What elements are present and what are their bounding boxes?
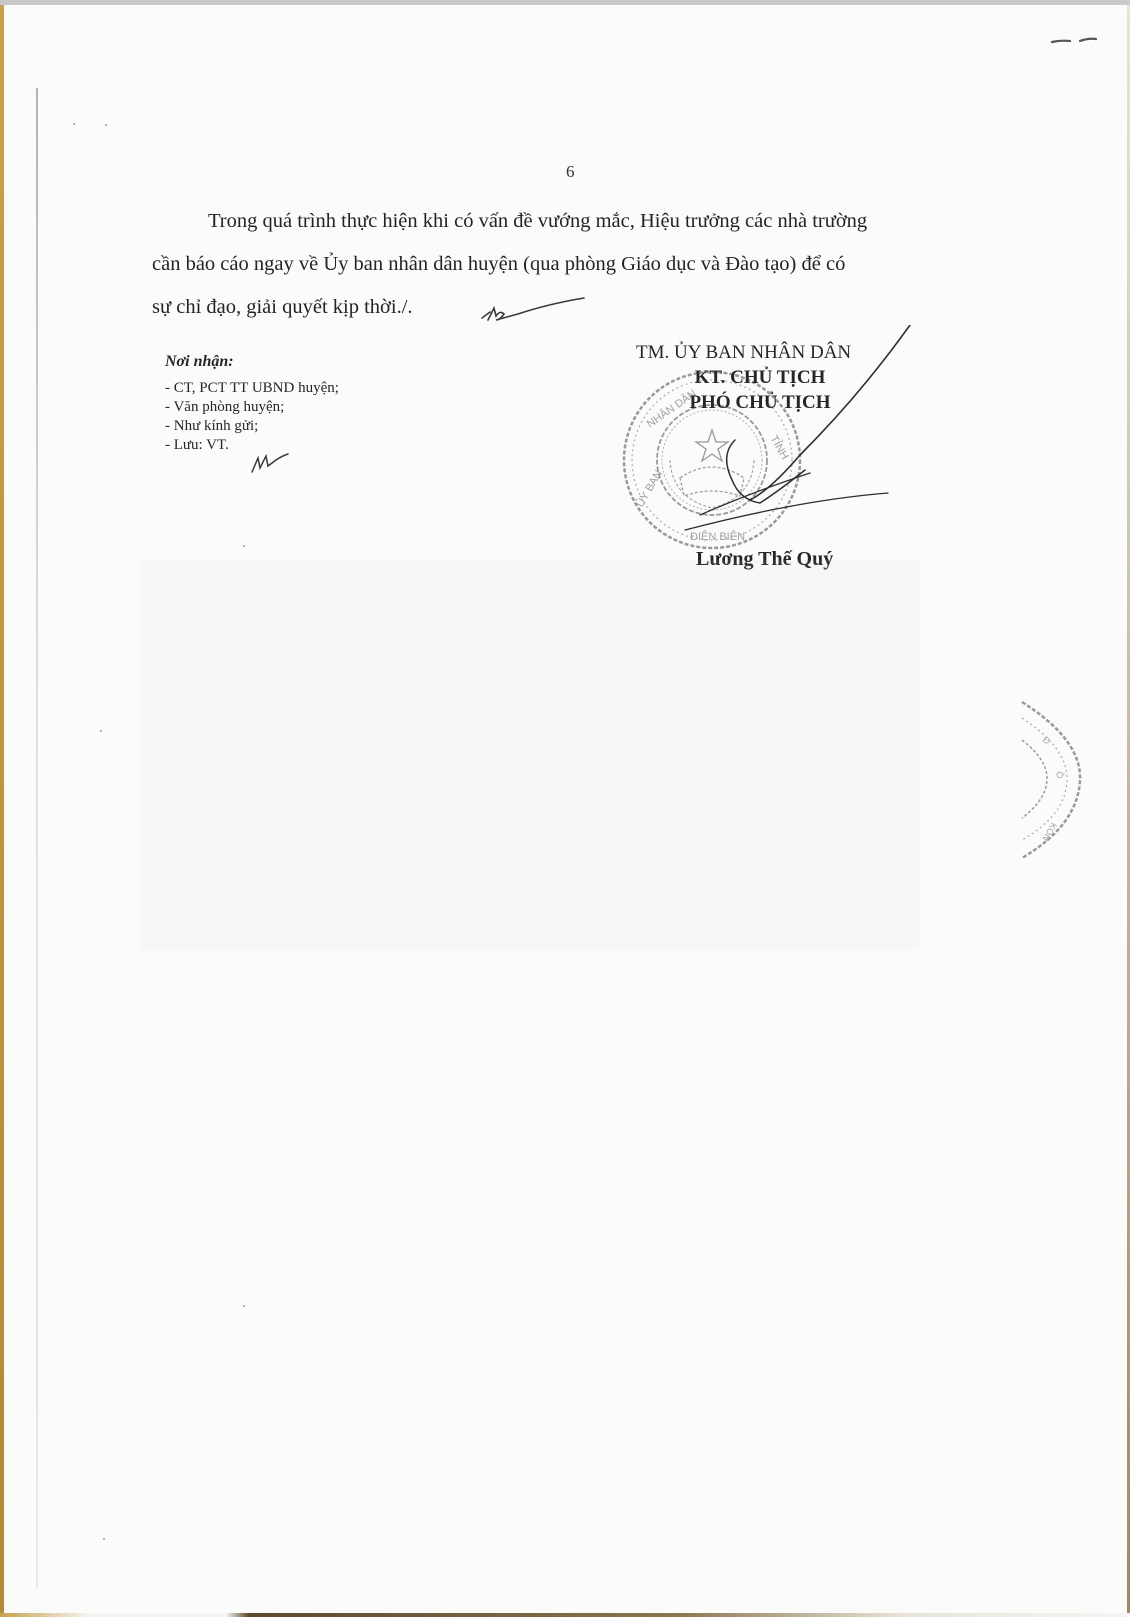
svg-text:Ô: Ô [1054,771,1065,780]
paragraph-line: Trong quá trình thực hiện khi có vấn đề … [152,200,992,243]
archive-initials-mark [250,452,290,476]
handwritten-signature [640,325,930,550]
scan-speck [103,1538,105,1540]
paragraph-line: cần báo cáo ngay về Ủy ban nhân dân huyệ… [152,243,992,286]
page-number: 6 [566,162,575,182]
recipients-title: Nơi nhận: [165,352,339,371]
recipient-item: - Như kính gửi; [165,417,339,436]
svg-text:KON: KON [1041,821,1059,843]
svg-text:Đ: Đ [1040,735,1052,747]
corner-pen-marks [1050,36,1100,46]
scan-top-edge [0,0,1130,5]
binding-margin-line [36,88,38,1588]
scan-left-edge [0,5,4,1617]
initials-mark [478,296,588,326]
scan-speck [100,730,102,732]
scan-speck [105,124,107,126]
partial-seal-icon: Đ Ô KON [1020,700,1090,860]
recipient-item: - Văn phòng huyện; [165,398,339,417]
scan-bottom-edge [0,1613,1130,1617]
recipient-item: - CT, PCT TT UBND huyện; [165,379,339,398]
scan-speck [243,545,245,547]
scan-speck [243,1305,245,1307]
bleed-through-text [140,560,920,950]
scan-speck [73,123,75,125]
recipients-block: Nơi nhận: - CT, PCT TT UBND huyện; - Văn… [165,352,339,455]
